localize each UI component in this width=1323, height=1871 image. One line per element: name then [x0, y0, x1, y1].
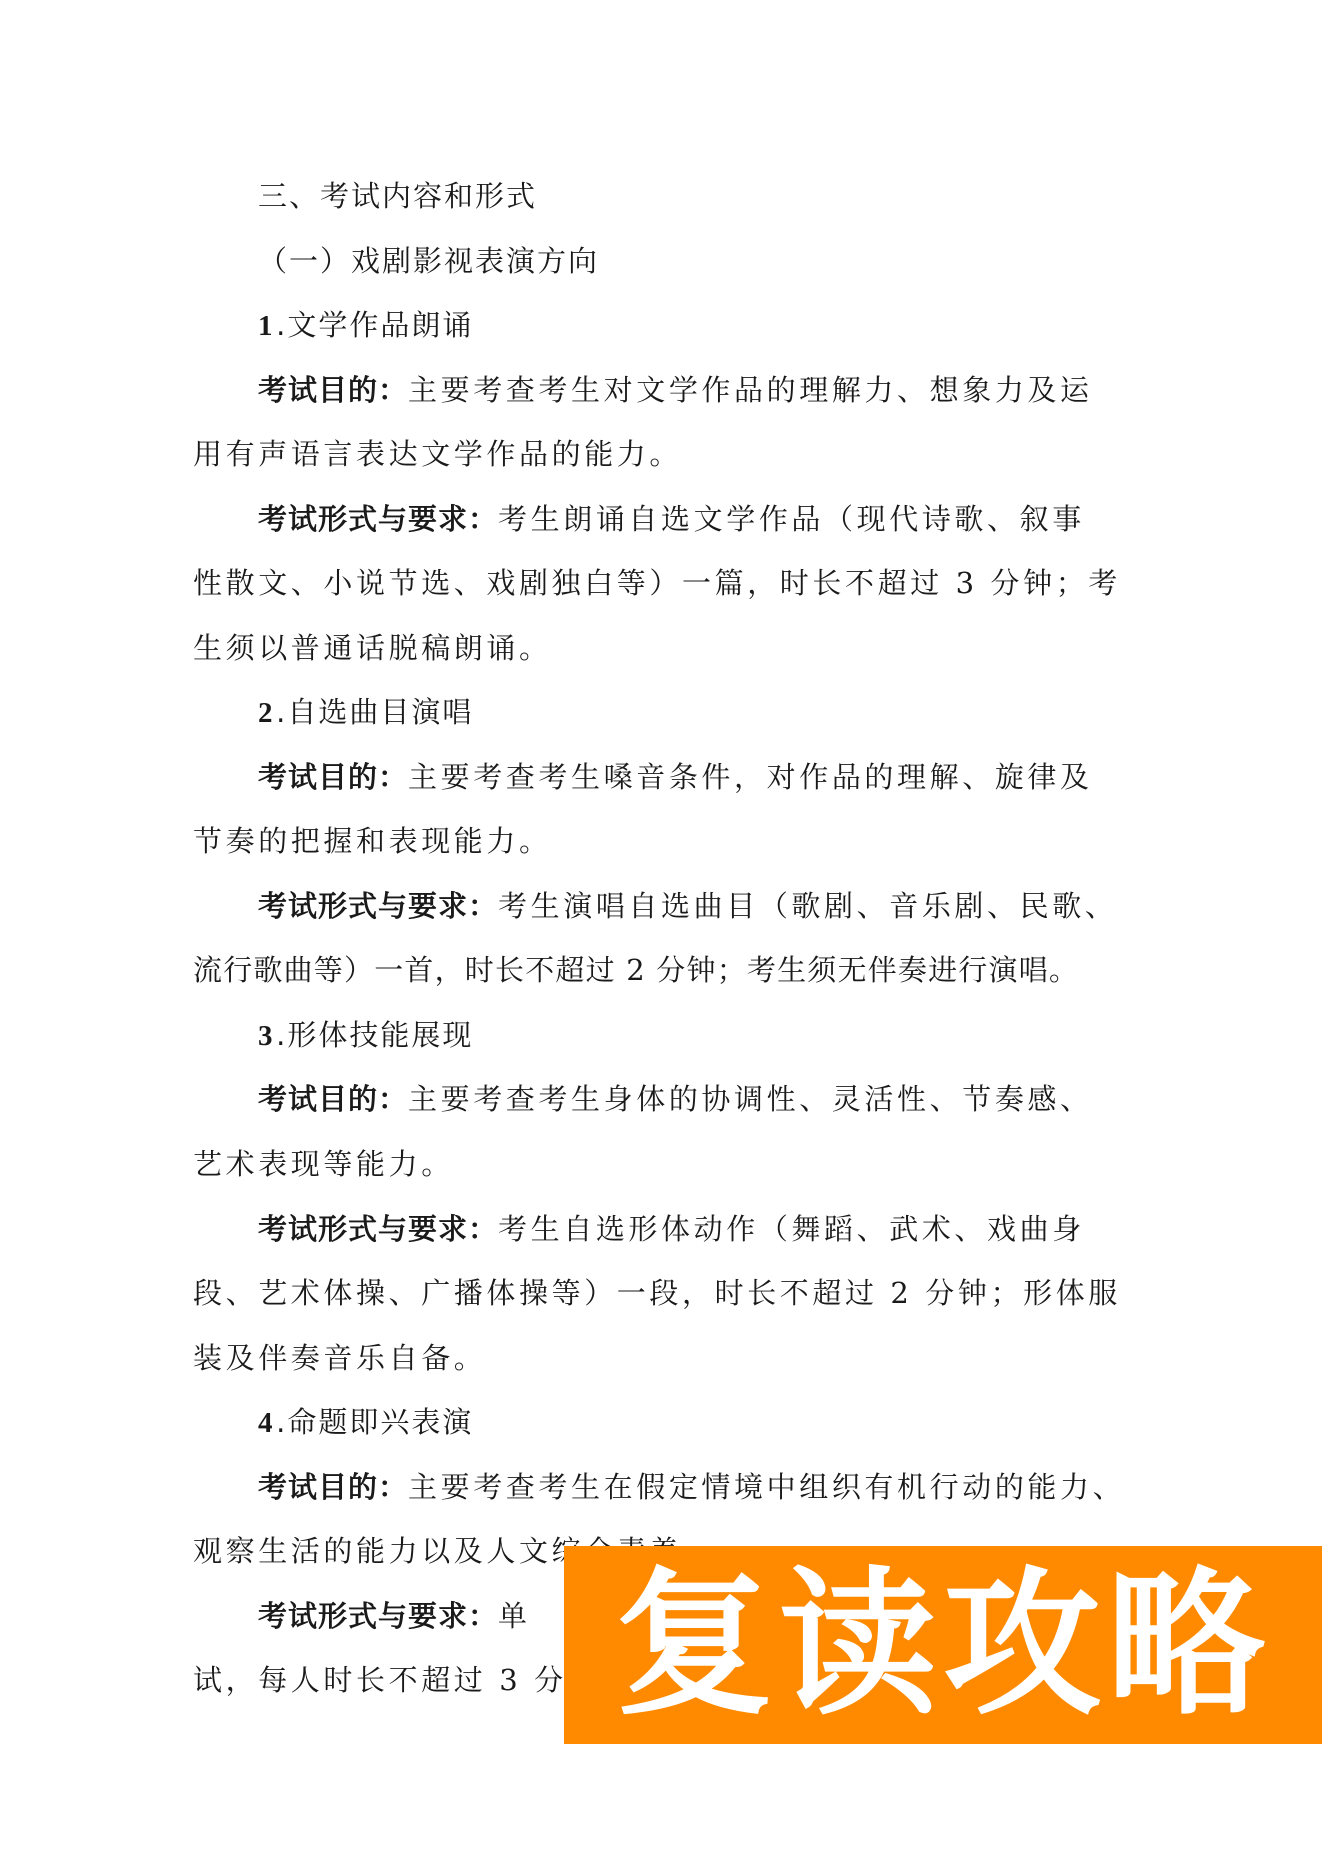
purpose-text: 主要考查考生在假定情境中组织有机行动的能力、: [408, 1470, 1125, 1504]
format-label: 考试形式与要求：: [258, 1599, 498, 1633]
purpose-text: 主要考查考生嗓音条件，对作品的理解、旋律及: [408, 760, 1093, 794]
item-2-purpose-line-2: 节奏的把握和表现能力。: [193, 819, 1133, 863]
item-title: .命题即兴表演: [276, 1405, 473, 1439]
format-text: 考生演唱自选曲目（歌剧、音乐剧、民歌、: [498, 889, 1117, 923]
item-1-purpose-line-2: 用有声语言表达文学作品的能力。: [193, 432, 1133, 476]
item-1-title: 1.文学作品朗诵: [258, 303, 1133, 347]
format-label: 考试形式与要求：: [258, 502, 498, 536]
format-text: 单: [498, 1599, 531, 1633]
item-3-purpose-line-1: 考试目的：主要考查考生身体的协调性、灵活性、节奏感、: [258, 1077, 1133, 1121]
format-label: 考试形式与要求：: [258, 1212, 498, 1246]
purpose-text: 主要考查考生身体的协调性、灵活性、节奏感、: [408, 1082, 1093, 1116]
item-title: .形体技能展现: [276, 1018, 473, 1052]
watermark-banner: 复读攻略: [564, 1546, 1322, 1744]
item-4-purpose-line-1: 考试目的：主要考查考生在假定情境中组织有机行动的能力、: [258, 1465, 1133, 1509]
item-1-format-line-2: 性散文、小说节选、戏剧独白等）一篇，时长不超过 3 分钟；考: [193, 561, 1133, 605]
document-page: 三、考试内容和形式 （一）戏剧影视表演方向 1.文学作品朗诵 考试目的：主要考查…: [0, 0, 1323, 1871]
item-3-format-line-1: 考试形式与要求：考生自选形体动作（舞蹈、武术、戏曲身: [258, 1207, 1133, 1251]
item-number: 3: [258, 1020, 276, 1052]
item-title: .文学作品朗诵: [276, 308, 473, 342]
item-title: .自选曲目演唱: [276, 695, 473, 729]
item-3-title: 3.形体技能展现: [258, 1013, 1133, 1057]
item-number: 4: [258, 1407, 276, 1439]
item-number: 2: [258, 697, 276, 729]
format-text: 考生自选形体动作（舞蹈、武术、戏曲身: [498, 1212, 1085, 1246]
item-4-title: 4.命题即兴表演: [258, 1400, 1133, 1444]
item-1-purpose-line-1: 考试目的：主要考查考生对文学作品的理解力、想象力及运: [258, 368, 1133, 412]
subsection-heading: （一）戏剧影视表演方向: [258, 239, 1133, 283]
format-text: 考生朗诵自选文学作品（现代诗歌、叙事: [498, 502, 1085, 536]
item-2-format-line-1: 考试形式与要求：考生演唱自选曲目（歌剧、音乐剧、民歌、: [258, 884, 1133, 928]
format-label: 考试形式与要求：: [258, 889, 498, 923]
purpose-label: 考试目的：: [258, 760, 408, 794]
purpose-label: 考试目的：: [258, 1082, 408, 1116]
item-3-purpose-line-2: 艺术表现等能力。: [193, 1142, 1133, 1186]
item-number: 1: [258, 310, 276, 342]
watermark-text: 复读攻略: [615, 1566, 1271, 1724]
purpose-label: 考试目的：: [258, 373, 408, 407]
item-3-format-line-2: 段、艺术体操、广播体操等）一段，时长不超过 2 分钟；形体服: [193, 1271, 1133, 1315]
item-3-format-line-3: 装及伴奏音乐自备。: [193, 1336, 1133, 1380]
item-2-purpose-line-1: 考试目的：主要考查考生嗓音条件，对作品的理解、旋律及: [258, 755, 1133, 799]
purpose-label: 考试目的：: [258, 1470, 408, 1504]
section-heading: 三、考试内容和形式: [258, 174, 1133, 218]
item-1-format-line-1: 考试形式与要求：考生朗诵自选文学作品（现代诗歌、叙事: [258, 497, 1133, 541]
item-2-title: 2.自选曲目演唱: [258, 690, 1133, 734]
item-1-format-line-3: 生须以普通话脱稿朗诵。: [193, 626, 1133, 670]
purpose-text: 主要考查考生对文学作品的理解力、想象力及运: [408, 373, 1093, 407]
item-2-format-line-2: 流行歌曲等）一首，时长不超过 2 分钟；考生须无伴奏进行演唱。: [193, 948, 1133, 992]
